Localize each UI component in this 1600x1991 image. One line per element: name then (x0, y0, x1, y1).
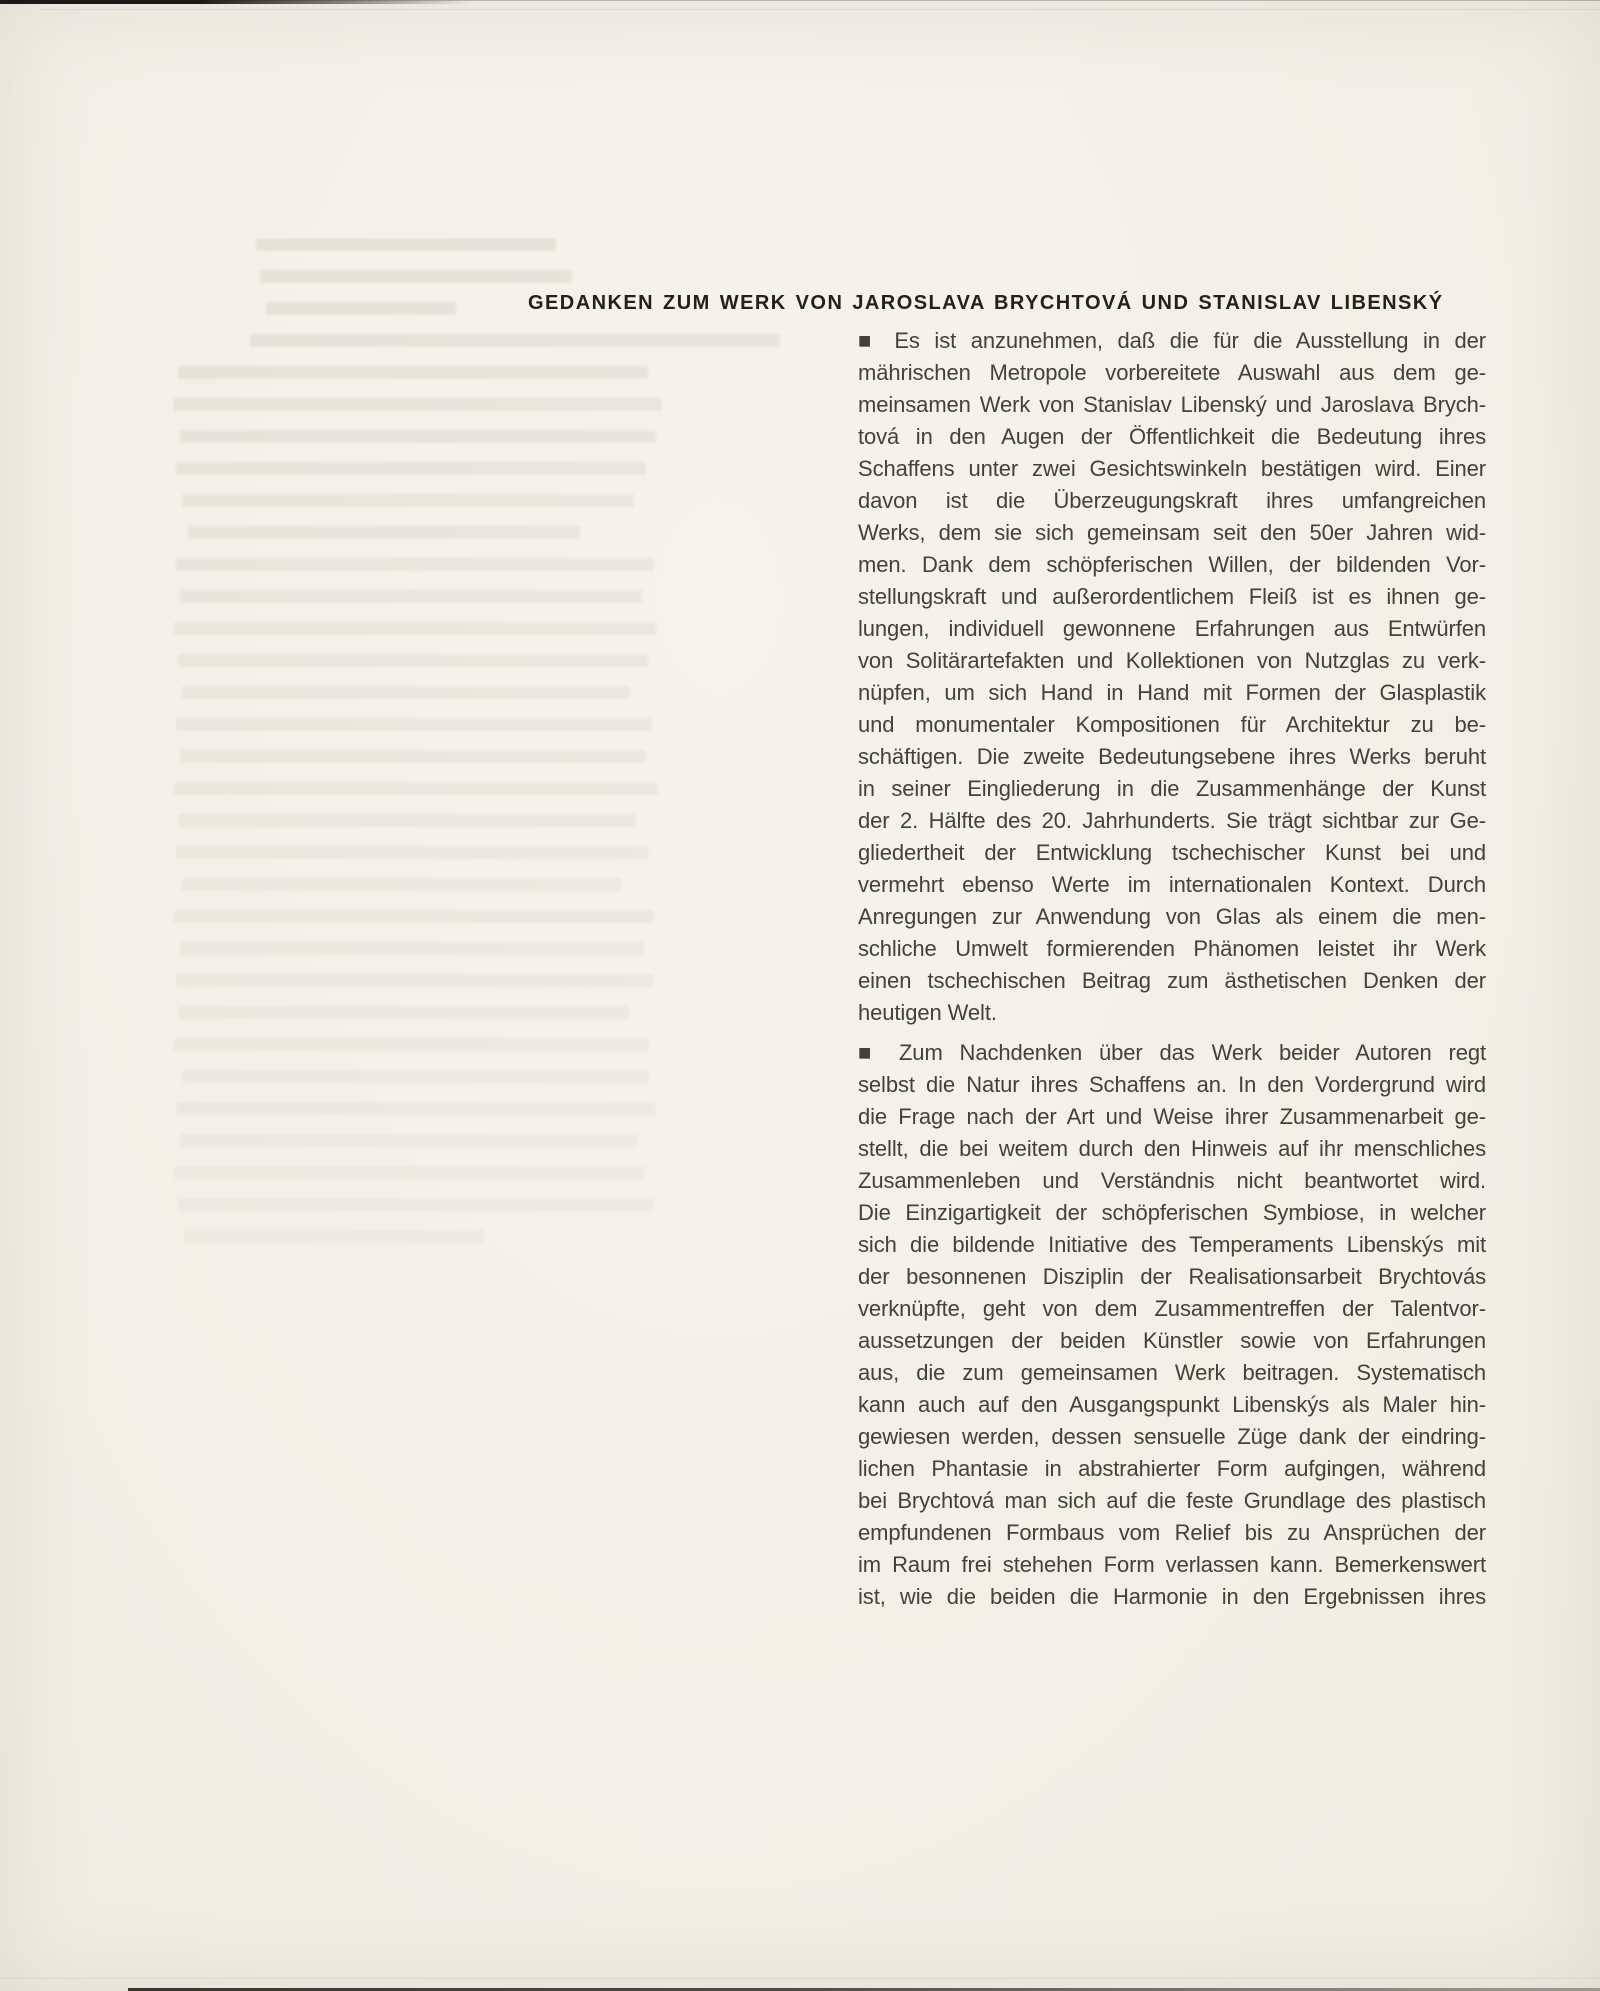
text-line: im Raum frei stehehen Form verlassen kan… (858, 1549, 1486, 1581)
ghost-line (174, 398, 662, 411)
ghost-line (180, 942, 644, 955)
text-line: stellungskraft und außerordentlichem Fle… (858, 581, 1486, 613)
text-line: der besonnenen Disziplin der Realisation… (858, 1261, 1486, 1293)
text-line: kann auch auf den Ausgangspunkt Libenský… (858, 1389, 1486, 1421)
ghost-line (174, 622, 656, 635)
text-line: davon ist die Überzeugungskraft ihres um… (858, 485, 1486, 517)
ghost-line (250, 334, 780, 347)
ghost-line (176, 846, 648, 859)
text-line: gliedertheit der Entwicklung tschechisch… (858, 837, 1486, 869)
text-line: empfundenen Formbaus vom Relief bis zu A… (858, 1517, 1486, 1549)
ghost-line (180, 750, 646, 763)
scan-edge-top (0, 0, 470, 4)
text-line: Zusammenleben und Verständnis nicht bean… (858, 1165, 1486, 1197)
ghost-line (256, 238, 556, 251)
text-line: bei Brychtová man sich auf die feste Gru… (858, 1485, 1486, 1517)
text-line: von Solitärartefakten und Kollektionen v… (858, 645, 1486, 677)
text-line: die Frage nach der Art und Weise ihrer Z… (858, 1101, 1486, 1133)
text-line: heutigen Welt. (858, 997, 1486, 1029)
text-line: aussetzungen der beiden Künstler sowie v… (858, 1325, 1486, 1357)
text-line: verknüpfte, geht von dem Zusammentreffen… (858, 1293, 1486, 1325)
paper-crease-top (40, 9, 1600, 10)
text-line: ■ Es ist anzunehmen, daß die für die Aus… (858, 325, 1486, 357)
ghost-line (260, 270, 572, 283)
ghost-line (174, 1038, 648, 1051)
ghost-line (180, 430, 656, 443)
text-line: der 2. Hälfte des 20. Jahrhunderts. Sie … (858, 805, 1486, 837)
text-line: tová in den Augen der Öffentlichkeit die… (858, 421, 1486, 453)
ghost-line (176, 558, 654, 571)
ghost-line (182, 686, 630, 699)
text-line: sich die bildende Initiative des Tempera… (858, 1229, 1486, 1261)
text-line: lungen, individuell gewonnene Erfahrunge… (858, 613, 1486, 645)
ghost-line (174, 1166, 644, 1179)
ghost-line (176, 718, 652, 731)
ghost-line (188, 526, 580, 539)
showthrough-verso-text (170, 238, 790, 1348)
ghost-line (182, 878, 622, 891)
text-line: mährischen Metropole vorbereitete Auswah… (858, 357, 1486, 389)
text-line: schliche Umwelt formierenden Phänomen le… (858, 933, 1486, 965)
ghost-line (182, 1070, 648, 1083)
text-line: gewiesen werden, dessen sensuelle Züge d… (858, 1421, 1486, 1453)
ghost-line (176, 1102, 656, 1115)
text-line: stellt, die bei weitem durch den Hinweis… (858, 1133, 1486, 1165)
paper-crease-bottom (0, 1978, 1600, 1979)
paragraph: ■ Zum Nachdenken über das Werk beider Au… (858, 1037, 1486, 1613)
text-line: men. Dank dem schöpferischen Willen, der… (858, 549, 1486, 581)
text-line: Schaffens unter zwei Gesichtswinkeln bes… (858, 453, 1486, 485)
text-line: ist, wie die beiden die Harmonie in den … (858, 1581, 1486, 1613)
ghost-line (266, 302, 456, 315)
ghost-line (178, 366, 648, 379)
text-line: nüpfen, um sich Hand in Hand mit Formen … (858, 677, 1486, 709)
text-line: Die Einzigartigkeit der schöpferischen S… (858, 1197, 1486, 1229)
text-line: ■ Zum Nachdenken über das Werk beider Au… (858, 1037, 1486, 1069)
ghost-line (178, 654, 648, 667)
ghost-line (174, 782, 658, 795)
ghost-line (180, 1134, 638, 1147)
ghost-line (180, 590, 642, 603)
ghost-line (184, 1230, 484, 1243)
article-heading: GEDANKEN ZUM WERK VON JAROSLAVA BRYCHTOV… (528, 292, 1518, 314)
text-line: schäftigen. Die zweite Bedeutungsebene i… (858, 741, 1486, 773)
ghost-line (178, 1006, 630, 1019)
ghost-line (182, 494, 634, 507)
text-line: vermehrt ebenso Werte im internationalen… (858, 869, 1486, 901)
text-line: einen tschechischen Beitrag zum ästhetis… (858, 965, 1486, 997)
ghost-line (178, 814, 636, 827)
text-line: Anregungen zur Anwendung von Glas als ei… (858, 901, 1486, 933)
ghost-line (178, 1198, 654, 1211)
paragraph: ■ Es ist anzunehmen, daß die für die Aus… (858, 325, 1486, 1029)
scanned-book-page: GEDANKEN ZUM WERK VON JAROSLAVA BRYCHTOV… (0, 0, 1600, 1991)
text-line: meinsamen Werk von Stanislav Libenský un… (858, 389, 1486, 421)
text-line: und monumentaler Kompositionen für Archi… (858, 709, 1486, 741)
text-line: selbst die Natur ihres Schaffens an. In … (858, 1069, 1486, 1101)
text-line: lichen Phantasie in abstrahierter Form a… (858, 1453, 1486, 1485)
text-line: in seiner Eingliederung in die Zusammenh… (858, 773, 1486, 805)
text-line: Werks, dem sie sich gemeinsam seit den 5… (858, 517, 1486, 549)
article-body: ■ Es ist anzunehmen, daß die für die Aus… (858, 325, 1486, 1613)
ghost-line (176, 974, 654, 987)
ghost-line (174, 910, 654, 923)
ghost-line (176, 462, 646, 475)
text-line: aus, die zum gemeinsamen Werk beitragen.… (858, 1357, 1486, 1389)
